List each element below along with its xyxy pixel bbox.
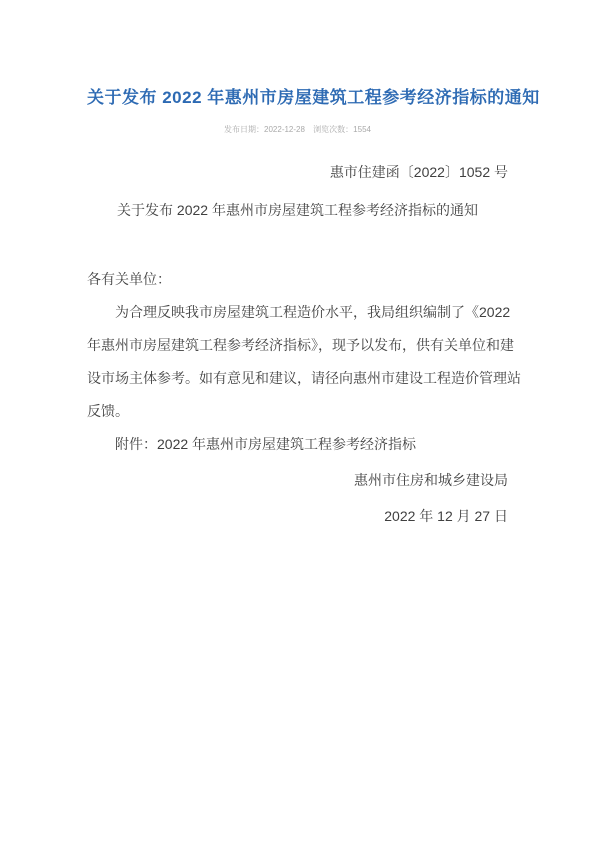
publish-date-label: 发布日期： bbox=[224, 125, 264, 134]
document-reference-number: 惠市住建函〔2022〕1052 号 bbox=[87, 164, 508, 181]
views-value: 1554 bbox=[353, 125, 371, 134]
publish-date: 发布日期：2022-12-28 bbox=[224, 125, 307, 134]
views-count: 浏览次数：1554 bbox=[313, 125, 371, 134]
body-line: 为合理反映我市房屋建筑工程造价水平，我局组织编制了《2022 bbox=[87, 296, 508, 329]
body-line: 反馈。 bbox=[87, 395, 508, 428]
body-line: 设市场主体参考。如有意见和建议，请径向惠州市建设工程造价管理站 bbox=[87, 362, 508, 395]
page-title: 关于发布 2022 年惠州市房屋建筑工程参考经济指标的通知 bbox=[87, 0, 508, 108]
views-label: 浏览次数： bbox=[313, 125, 353, 134]
body-line: 年惠州市房屋建筑工程参考经济指标》，现予以发布，供有关单位和建 bbox=[87, 329, 508, 362]
publish-date-value: 2022-12-28 bbox=[264, 125, 305, 134]
notice-page: 关于发布 2022 年惠州市房屋建筑工程参考经济指标的通知 发布日期：2022-… bbox=[0, 0, 595, 841]
issuer-name: 惠州市住房和城乡建设局 bbox=[87, 464, 508, 497]
document-subtitle: 关于发布 2022 年惠州市房屋建筑工程参考经济指标的通知 bbox=[87, 202, 508, 219]
publish-meta: 发布日期：2022-12-28 浏览次数：1554 bbox=[87, 125, 508, 135]
salutation: 各有关单位： bbox=[87, 263, 508, 296]
issue-date: 2022 年 12 月 27 日 bbox=[87, 500, 508, 533]
attachment-reference: 附件：2022 年惠州市房屋建筑工程参考经济指标 bbox=[87, 428, 508, 461]
